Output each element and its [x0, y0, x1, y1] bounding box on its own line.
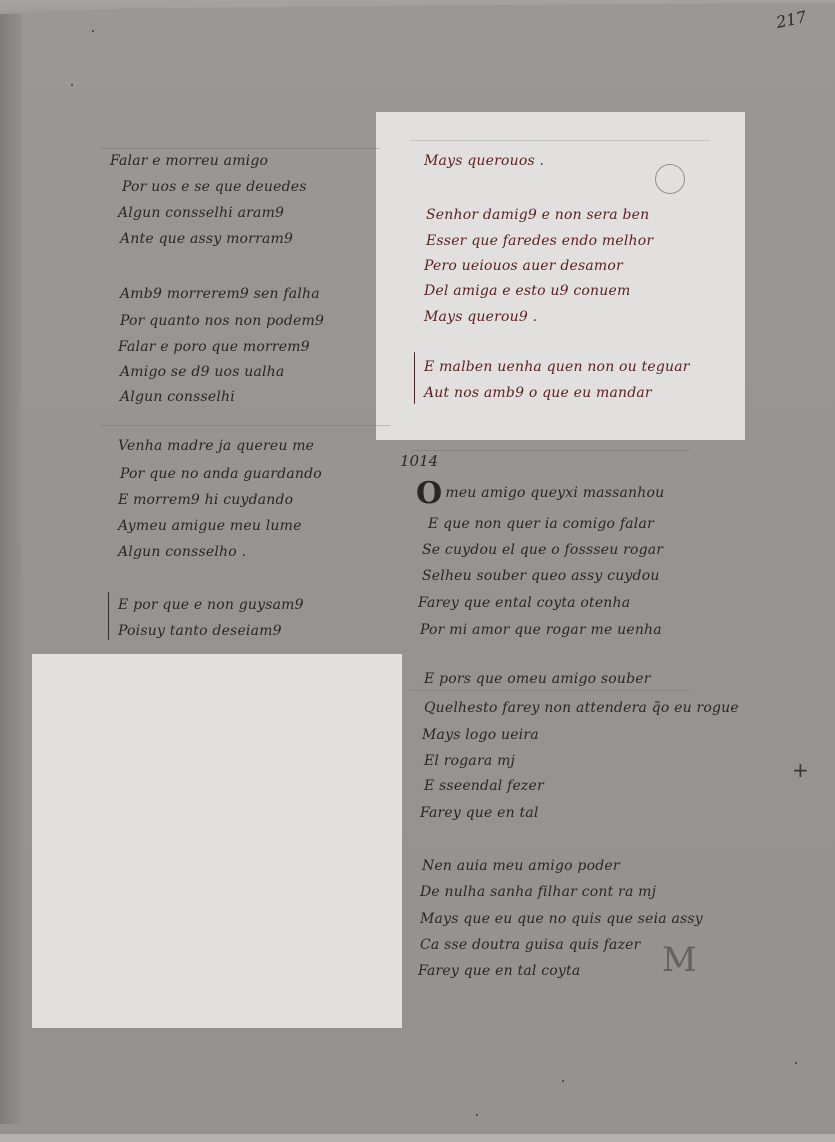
- faint-circle-mark: [655, 164, 685, 194]
- verse-line: Por uos e se que deuedes: [122, 178, 307, 196]
- refrain-bracket: [414, 352, 415, 404]
- verse-line: Por mi amor que rogar me uenha: [420, 621, 662, 639]
- verse-line-first: Omeu amigo queyxi massanhou: [416, 484, 664, 503]
- faint-letter-mark: M: [662, 940, 697, 980]
- verse-line: Selheu souber queo assy cuydou: [422, 567, 660, 585]
- verse-line: Del amiga e esto u9 conuem: [424, 282, 630, 300]
- ruling-line: [100, 425, 390, 426]
- verse-line: Pero ueiouos auer desamor: [424, 257, 623, 275]
- verse-line: E sseendal fezer: [424, 777, 544, 795]
- verse-line: De nulha sanha filhar cont ra mj: [420, 883, 656, 901]
- verse-line: Esser que faredes endo melhor: [426, 232, 653, 250]
- verse-line: Venha madre ja quereu me: [118, 437, 314, 455]
- verse-line: Algun consselhi aram9: [118, 204, 284, 222]
- speck: [795, 1062, 797, 1064]
- verse-line: E morrem9 hi cuydando: [118, 491, 293, 509]
- page-left-edge: [0, 14, 22, 1124]
- verse-line: E malben uenha quen non ou teguar: [424, 358, 690, 376]
- verse-line: Algun consselhi: [120, 388, 235, 406]
- verse-line: Por que no anda guardando: [120, 465, 322, 483]
- verse-line: Nen auia meu amigo poder: [422, 857, 620, 875]
- folio-number: 217: [774, 7, 808, 32]
- verse-line-first: [114, 702, 118, 721]
- manuscript-page: 217 Falar e morreu amigo Por uos e se qu…: [0, 0, 835, 1142]
- verse-line: Aymeu amigue meu lume: [118, 517, 302, 535]
- verse-line: Mays logo ueira: [422, 726, 539, 744]
- verse-text: meu amigo queyxi massanhou: [445, 485, 664, 501]
- verse-line: Falar e morreu amigo: [110, 152, 268, 170]
- verse-line: Farey que en tal coyta: [418, 962, 580, 980]
- highlight-region-1013: [32, 654, 402, 1028]
- speck: [476, 1114, 478, 1116]
- verse-line: Mays querouos .: [424, 152, 544, 170]
- page-bottom-edge: [0, 1134, 835, 1142]
- verse-line: E que non quer ia comigo falar: [428, 515, 654, 533]
- verse-line: Ca sse doutra guisa quis fazer: [420, 936, 641, 954]
- initial-capital: O: [416, 476, 442, 511]
- verse-line: Falar e poro que morrem9: [118, 338, 310, 356]
- verse-line: Aut nos amb9 o que eu mandar: [424, 384, 652, 402]
- verse-line: Mays que eu que no quis que seia assy: [420, 910, 703, 928]
- verse-line: El rogara mj: [424, 752, 515, 770]
- ruling-line: [410, 450, 690, 451]
- verse-line: Amb9 morrerem9 sen falha: [120, 285, 320, 303]
- verse-line: Ante que assy morram9: [120, 230, 293, 248]
- speck: [562, 1080, 564, 1082]
- refrain-bracket: [108, 592, 109, 640]
- verse-line: E pors que omeu amigo souber: [424, 670, 651, 688]
- verse-line: Poisuy tanto deseiam9: [118, 622, 282, 640]
- speck: [92, 30, 94, 32]
- cross-mark: +: [792, 758, 809, 782]
- verse-line: Por quanto nos non podem9: [120, 312, 324, 330]
- verse-line: Senhor damig9 e non sera ben: [426, 206, 649, 224]
- ruling-line: [410, 690, 690, 691]
- ruling-line: [410, 140, 710, 141]
- verse-line: Farey que en tal: [420, 804, 539, 822]
- page-top-edge: [0, 0, 835, 14]
- poem-number: 1014: [400, 452, 438, 470]
- verse-line: Quelhesto farey non attendera q̃o eu rog…: [424, 699, 739, 717]
- verse-line: Mays querou9 .: [424, 308, 537, 326]
- verse-line: Se cuydou el que o fossseu rogar: [422, 541, 663, 559]
- verse-line: Amigo se d9 uos ualha: [120, 363, 284, 381]
- verse-line: Algun consselho .: [118, 543, 246, 561]
- ruling-line: [100, 148, 380, 149]
- speck: [71, 84, 73, 86]
- verse-line: E por que e non guysam9: [118, 596, 304, 614]
- verse-line: Farey que ental coyta otenha: [418, 594, 630, 612]
